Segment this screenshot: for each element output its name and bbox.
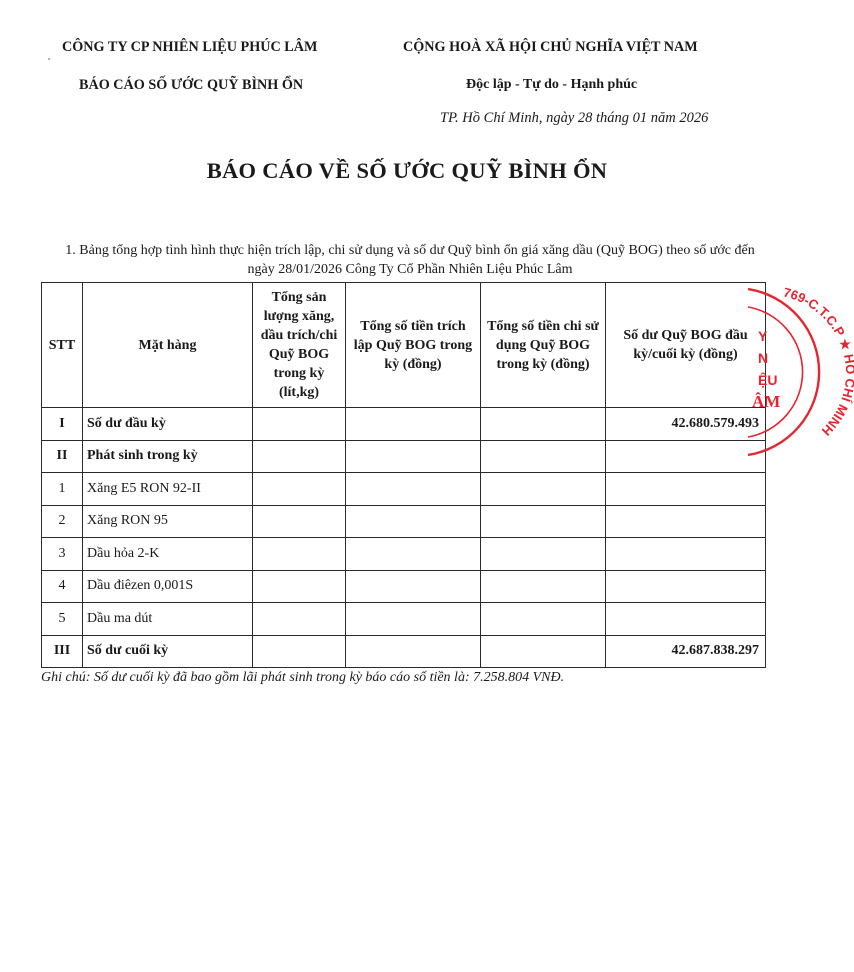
- cell-balance: 42.687.838.297: [606, 635, 766, 668]
- cell-item: Dầu ma dút: [83, 603, 253, 636]
- col-header-allocated: Tổng số tiền trích lập Quỹ BOG trong kỳ …: [346, 283, 481, 408]
- intro-line-2: ngày 28/01/2026 Công Ty Cổ Phần Nhiên Li…: [40, 260, 780, 279]
- cell-stt: 4: [42, 570, 83, 603]
- table-header-row: STT Mặt hàng Tổng sản lượng xăng, dầu tr…: [42, 283, 766, 408]
- cell-volume: [253, 505, 346, 538]
- company-name: CÔNG TY CP NHIÊN LIỆU PHÚC LÂM: [62, 39, 362, 56]
- cell-spent: [481, 538, 606, 571]
- cell-allocated: [346, 440, 481, 473]
- cell-item: Dầu hỏa 2-K: [83, 538, 253, 571]
- cell-volume: [253, 538, 346, 571]
- table-row: ISố dư đầu kỳ42.680.579.493: [42, 408, 766, 441]
- cell-stt: II: [42, 440, 83, 473]
- cell-allocated: [346, 505, 481, 538]
- cell-balance: [606, 505, 766, 538]
- cell-spent: [481, 473, 606, 506]
- svg-text:ÂM: ÂM: [752, 392, 780, 411]
- report-short-title: BÁO CÁO SỐ ƯỚC QUỸ BÌNH ỔN: [79, 77, 303, 94]
- col-header-stt: STT: [42, 283, 83, 408]
- cell-balance: [606, 570, 766, 603]
- footnote: Ghi chú: Số dư cuối kỳ đã bao gồm lãi ph…: [41, 670, 564, 686]
- svg-text:N: N: [758, 350, 768, 366]
- cell-volume: [253, 408, 346, 441]
- national-motto: Độc lập - Tự do - Hạnh phúc: [466, 77, 637, 93]
- cell-item: Dầu điêzen 0,001S: [83, 570, 253, 603]
- scan-speck: [48, 58, 50, 60]
- cell-allocated: [346, 408, 481, 441]
- intro-line-1: 1. Bảng tổng hợp tình hình thực hiện trí…: [40, 241, 780, 260]
- table-row: 2Xăng RON 95: [42, 505, 766, 538]
- table-row: 5Dầu ma dút: [42, 603, 766, 636]
- place-date: TP. Hồ Chí Minh, ngày 28 tháng 01 năm 20…: [440, 110, 708, 127]
- cell-balance: [606, 473, 766, 506]
- company-seal-stamp: 769-C.T.C.P ★ HỒ CHÍ MINH YNỆUÂM: [748, 283, 854, 458]
- cell-stt: I: [42, 408, 83, 441]
- cell-stt: III: [42, 635, 83, 668]
- page-title: BÁO CÁO VỀ SỐ ƯỚC QUỸ BÌNH ỔN: [0, 158, 814, 184]
- table-row: IIPhát sinh trong kỳ: [42, 440, 766, 473]
- cell-volume: [253, 440, 346, 473]
- col-header-item: Mặt hàng: [83, 283, 253, 408]
- cell-allocated: [346, 635, 481, 668]
- fund-report-table: STT Mặt hàng Tổng sản lượng xăng, dầu tr…: [41, 282, 766, 668]
- cell-spent: [481, 570, 606, 603]
- col-header-balance: Số dư Quỹ BOG đầu kỳ/cuối kỳ (đồng): [606, 283, 766, 408]
- table-row: 1Xăng E5 RON 92-II: [42, 473, 766, 506]
- seal-icon: 769-C.T.C.P ★ HỒ CHÍ MINH YNỆUÂM: [748, 283, 854, 458]
- cell-spent: [481, 603, 606, 636]
- cell-item: Xăng E5 RON 92-II: [83, 473, 253, 506]
- cell-balance: [606, 538, 766, 571]
- cell-allocated: [346, 570, 481, 603]
- cell-item: Số dư đầu kỳ: [83, 408, 253, 441]
- cell-allocated: [346, 538, 481, 571]
- cell-volume: [253, 570, 346, 603]
- svg-text:Y: Y: [758, 328, 768, 344]
- cell-stt: 2: [42, 505, 83, 538]
- cell-stt: 3: [42, 538, 83, 571]
- cell-volume: [253, 603, 346, 636]
- cell-allocated: [346, 473, 481, 506]
- cell-spent: [481, 505, 606, 538]
- cell-balance: [606, 603, 766, 636]
- col-header-spent: Tổng số tiền chi sử dụng Quỹ BOG trong k…: [481, 283, 606, 408]
- cell-item: Xăng RON 95: [83, 505, 253, 538]
- cell-balance: [606, 440, 766, 473]
- cell-stt: 5: [42, 603, 83, 636]
- nation-heading: CỘNG HOÀ XÃ HỘI CHỦ NGHĨA VIỆT NAM: [403, 39, 698, 56]
- cell-volume: [253, 473, 346, 506]
- intro-paragraph: 1. Bảng tổng hợp tình hình thực hiện trí…: [40, 241, 780, 279]
- cell-spent: [481, 408, 606, 441]
- table-row: IIISố dư cuối kỳ42.687.838.297: [42, 635, 766, 668]
- cell-stt: 1: [42, 473, 83, 506]
- cell-item: Phát sinh trong kỳ: [83, 440, 253, 473]
- cell-volume: [253, 635, 346, 668]
- table-row: 3Dầu hỏa 2-K: [42, 538, 766, 571]
- svg-text:ỆU: ỆU: [758, 371, 777, 388]
- col-header-volume: Tổng sản lượng xăng, dầu trích/chi Quỹ B…: [253, 283, 346, 408]
- cell-allocated: [346, 603, 481, 636]
- cell-spent: [481, 440, 606, 473]
- cell-item: Số dư cuối kỳ: [83, 635, 253, 668]
- cell-spent: [481, 635, 606, 668]
- table-row: 4Dầu điêzen 0,001S: [42, 570, 766, 603]
- cell-balance: 42.680.579.493: [606, 408, 766, 441]
